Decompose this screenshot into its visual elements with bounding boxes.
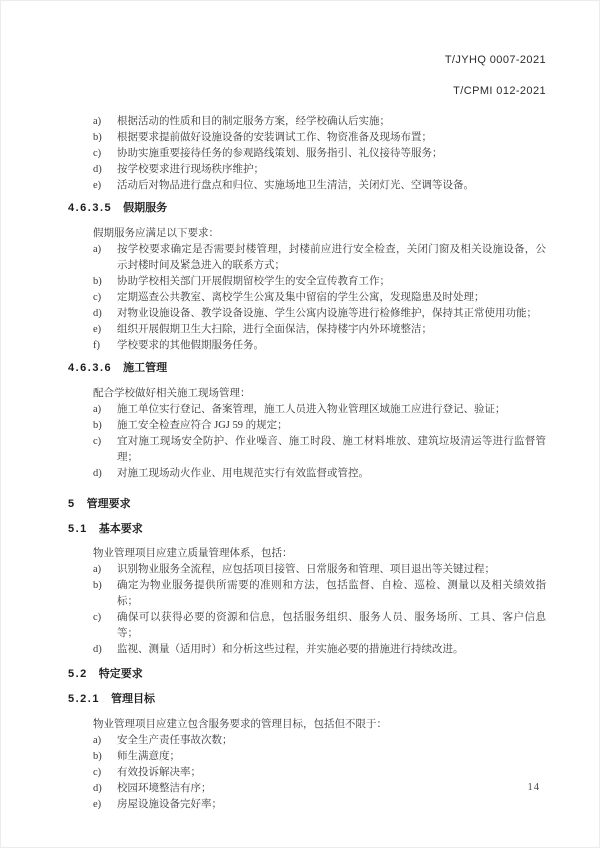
list-item-marker: a) [93, 402, 117, 418]
list-item: b)确定为物业服务提供所需要的准则和方法，包括监督、自检、巡检、测量以及相关绩效… [93, 578, 546, 610]
list-item-text: 学校要求的其他假期服务任务。 [117, 338, 546, 354]
list-item: a)根据活动的性质和目的制定服务方案，经学校确认后实施； [93, 114, 546, 130]
list-item-text: 协助实施重要接待任务的参观路线策划、服务指引、礼仪接待等服务； [117, 146, 546, 162]
list-item: d)监视、测量（适用时）和分析这些过程，并实施必要的措施进行持续改进。 [93, 642, 546, 658]
standard-code-primary: T/JYHQ 0007-2021 [68, 52, 546, 68]
section-number: 4.6.3.5 [68, 202, 112, 214]
list-item-text: 施工单位实行登记、备案管理，施工人员进入物业管理区域施工应进行登记、验证； [117, 402, 546, 418]
basic-requirements-list: a)识别物业服务全流程，应包括项目接管、日常服务和管理、项目退出等关键过程；b)… [93, 562, 546, 658]
list-item-marker: e) [93, 178, 117, 194]
document-page: T/JYHQ 0007-2021 T/CPMI 012-2021 a)根据活动的… [0, 0, 600, 848]
section-heading-5.2: 5.2特定要求 [68, 666, 546, 683]
list-item-marker: b) [93, 418, 117, 434]
list-item-marker: c) [93, 610, 117, 642]
list-item-text: 校园环境整洁有序； [117, 781, 546, 797]
list-item-marker: b) [93, 578, 117, 610]
list-item-text: 对施工现场动火作业、用电规范实行有效监督或管控。 [117, 466, 546, 482]
list-item: f)学校要求的其他假期服务任务。 [93, 338, 546, 354]
section-title: 基本要求 [99, 523, 143, 535]
list-item: a)识别物业服务全流程，应包括项目接管、日常服务和管理、项目退出等关键过程； [93, 562, 546, 578]
section-number: 4.6.3.6 [68, 362, 112, 374]
list-item-marker: e) [93, 322, 117, 338]
section-heading-5.2.1: 5.2.1管理目标 [68, 691, 546, 708]
list-item: b)施工安全检查应符合 JGJ 59 的规定； [93, 418, 546, 434]
list-item: c)确保可以获得必要的资源和信息，包括服务组织、服务人员、服务场所、工具、客户信… [93, 610, 546, 642]
standard-code-secondary: T/CPMI 012-2021 [68, 83, 546, 99]
list-item-marker: d) [93, 781, 117, 797]
list-item-text: 确定为物业服务提供所需要的准则和方法，包括监督、自检、巡检、测量以及相关绩效指标… [117, 578, 546, 610]
list-item: a)按学校要求确定是否需要封楼管理，封楼前应进行安全检查，关闭门窗及相关设施设备… [93, 242, 546, 274]
list-item-text: 宜对施工现场安全防护、作业噪音、施工时段、施工材料堆放、建筑垃圾清运等进行监督管… [117, 434, 546, 466]
list-item-marker: a) [93, 733, 117, 749]
list-item-marker: c) [93, 290, 117, 306]
list-item: d)对施工现场动火作业、用电规范实行有效监督或管控。 [93, 466, 546, 482]
construction-management-list: a)施工单位实行登记、备案管理，施工人员进入物业管理区域施工应进行登记、验证；b… [93, 402, 546, 482]
list-item-text: 安全生产责任事故次数； [117, 733, 546, 749]
list-item-text: 房屋设施设备完好率； [117, 797, 546, 813]
list-item-marker: d) [93, 306, 117, 322]
section-number: 5.2.1 [68, 693, 100, 705]
document-body: a)根据活动的性质和目的制定服务方案，经学校确认后实施；b)根据要求提前做好设施… [68, 114, 546, 813]
section-heading-4.6.3.6: 4.6.3.6施工管理 [68, 360, 546, 377]
list-item-text: 有效投诉解决率； [117, 765, 546, 781]
list-item: c)协助实施重要接待任务的参观路线策划、服务指引、礼仪接待等服务； [93, 146, 546, 162]
list-item-marker: b) [93, 130, 117, 146]
list-item: e)组织开展假期卫生大扫除，进行全面保洁，保持楼宇内外环境整洁； [93, 322, 546, 338]
section-heading-4.6.3.5: 4.6.3.5假期服务 [68, 200, 546, 217]
list-item-marker: e) [93, 797, 117, 813]
list-item-text: 识别物业服务全流程，应包括项目接管、日常服务和管理、项目退出等关键过程； [117, 562, 546, 578]
page-number: 14 [528, 780, 541, 796]
list-item: c)有效投诉解决率； [93, 765, 546, 781]
list-item-text: 对物业设施设备、教学设备设施、学生公寓内设施等进行检修维护，保持其正常使用功能； [117, 306, 546, 322]
list-item-text: 师生满意度； [117, 749, 546, 765]
section-heading-5.1: 5.1基本要求 [68, 521, 546, 538]
list-item: b)协助学校相关部门开展假期留校学生的安全宣传教育工作； [93, 274, 546, 290]
list-item-marker: a) [93, 562, 117, 578]
list-item: c)定期巡查公共教室、离校学生公寓及集中留宿的学生公寓，发现隐患及时处理； [93, 290, 546, 306]
list-item-text: 组织开展假期卫生大扫除，进行全面保洁，保持楼宇内外环境整洁； [117, 322, 546, 338]
paragraph: 配合学校做好相关施工现场管理： [93, 386, 546, 402]
section-heading-5: 5管理要求 [68, 496, 546, 513]
list-item: d)校园环境整洁有序； [93, 781, 546, 797]
list-item-marker: d) [93, 162, 117, 178]
list-item-marker: d) [93, 642, 117, 658]
list-item: a)安全生产责任事故次数； [93, 733, 546, 749]
section-title: 假期服务 [123, 202, 167, 214]
list-item-marker: c) [93, 146, 117, 162]
list-item-text: 施工安全检查应符合 JGJ 59 的规定； [117, 418, 546, 434]
section-title: 管理要求 [87, 498, 131, 510]
list-item-marker: d) [93, 466, 117, 482]
list-item-marker: c) [93, 765, 117, 781]
section-title: 管理目标 [111, 693, 155, 705]
list-item-marker: b) [93, 749, 117, 765]
section-number: 5.1 [68, 523, 88, 535]
list-item: a)施工单位实行登记、备案管理，施工人员进入物业管理区域施工应进行登记、验证； [93, 402, 546, 418]
list-item-marker: a) [93, 242, 117, 274]
list-item-text: 活动后对物品进行盘点和归位、实施场地卫生清洁，关闭灯光、空调等设备。 [117, 178, 546, 194]
holiday-service-list: a)按学校要求确定是否需要封楼管理，封楼前应进行安全检查，关闭门窗及相关设施设备… [93, 242, 546, 354]
list-item-text: 定期巡查公共教室、离校学生公寓及集中留宿的学生公寓，发现隐患及时处理； [117, 290, 546, 306]
list-item-marker: f) [93, 338, 117, 354]
list-item-text: 协助学校相关部门开展假期留校学生的安全宣传教育工作； [117, 274, 546, 290]
section-title: 特定要求 [99, 668, 143, 680]
management-objectives-list: a)安全生产责任事故次数；b)师生满意度；c)有效投诉解决率；d)校园环境整洁有… [93, 733, 546, 813]
list-item-text: 根据活动的性质和目的制定服务方案，经学校确认后实施； [117, 114, 546, 130]
paragraph: 物业管理项目应建立包含服务要求的管理目标，包括但不限于： [93, 717, 546, 733]
list-item-marker: a) [93, 114, 117, 130]
list-item-text: 按学校要求确定是否需要封楼管理，封楼前应进行安全检查，关闭门窗及相关设施设备，公… [117, 242, 546, 274]
section-number: 5.2 [68, 668, 88, 680]
list-item-marker: b) [93, 274, 117, 290]
paragraph: 物业管理项目应建立质量管理体系，包括： [93, 546, 546, 562]
list-item: b)根据要求提前做好设施设备的安装调试工作、物资准备及现场布置； [93, 130, 546, 146]
list-item: e)房屋设施设备完好率； [93, 797, 546, 813]
list-item-text: 根据要求提前做好设施设备的安装调试工作、物资准备及现场布置； [117, 130, 546, 146]
document-header: T/JYHQ 0007-2021 T/CPMI 012-2021 [68, 52, 546, 99]
list-item-text: 确保可以获得必要的资源和信息，包括服务组织、服务人员、服务场所、工具、客户信息等… [117, 610, 546, 642]
list-item: c)宜对施工现场安全防护、作业噪音、施工时段、施工材料堆放、建筑垃圾清运等进行监… [93, 434, 546, 466]
event-service-list-continuation: a)根据活动的性质和目的制定服务方案，经学校确认后实施；b)根据要求提前做好设施… [93, 114, 546, 194]
list-item: d)对物业设施设备、教学设备设施、学生公寓内设施等进行检修维护，保持其正常使用功… [93, 306, 546, 322]
section-title: 施工管理 [123, 362, 167, 374]
list-item-text: 监视、测量（适用时）和分析这些过程，并实施必要的措施进行持续改进。 [117, 642, 546, 658]
list-item: e)活动后对物品进行盘点和归位、实施场地卫生清洁，关闭灯光、空调等设备。 [93, 178, 546, 194]
list-item: b)师生满意度； [93, 749, 546, 765]
section-number: 5 [68, 498, 76, 510]
list-item-text: 按学校要求进行现场秩序维护； [117, 162, 546, 178]
paragraph: 假期服务应满足以下要求： [93, 226, 546, 242]
list-item: d)按学校要求进行现场秩序维护； [93, 162, 546, 178]
list-item-marker: c) [93, 434, 117, 466]
